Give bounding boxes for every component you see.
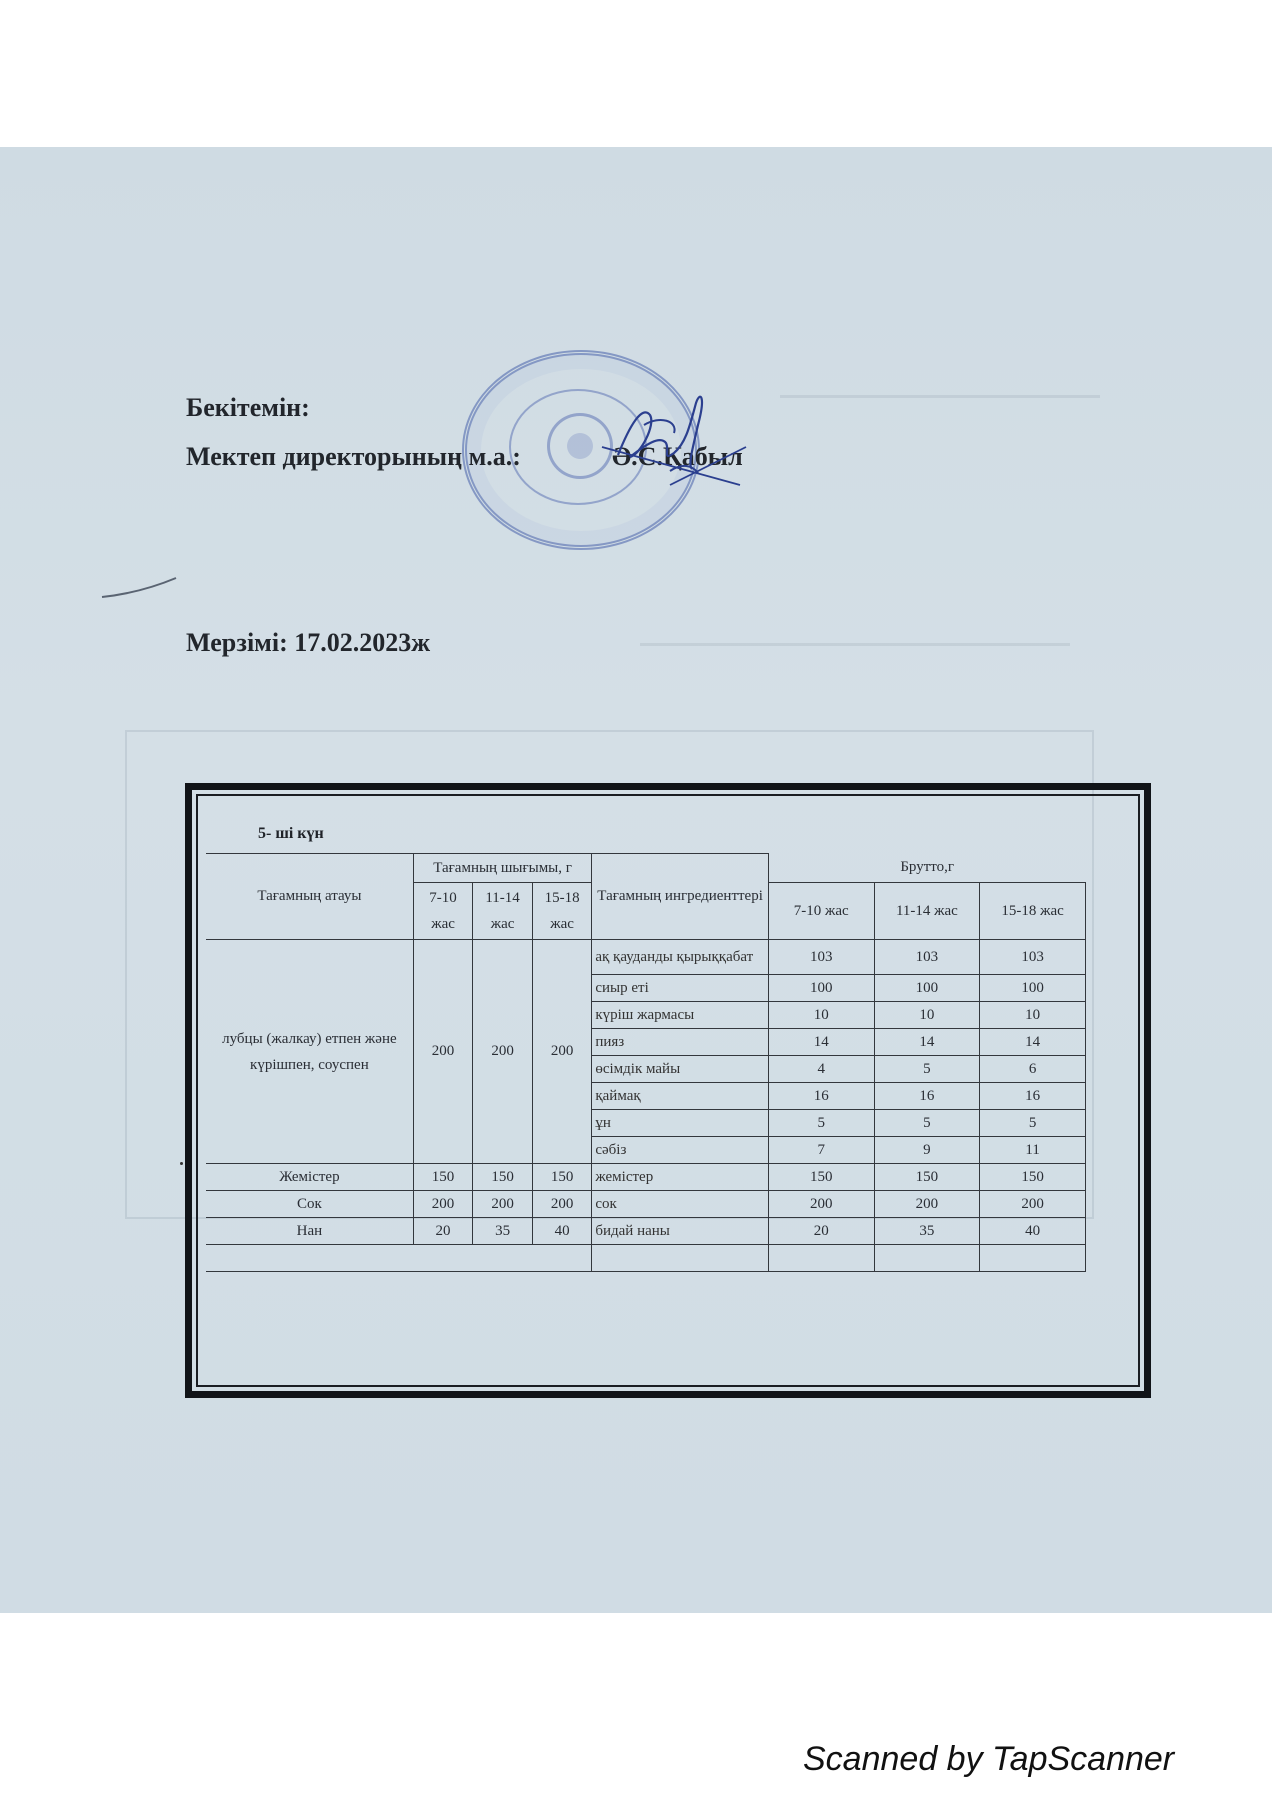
dish-output-cell: 200 [532, 1191, 592, 1218]
pen-mark-icon [100, 575, 180, 600]
empty-table-row [206, 1245, 1086, 1272]
dish-output-cell: 35 [473, 1218, 533, 1245]
header-brutto-age: 15-18 жас [980, 883, 1086, 940]
ingredient-name-cell: сок [592, 1191, 769, 1218]
bleed-through-line [780, 395, 1100, 398]
brutto-cell: 100 [980, 975, 1086, 1002]
header-brutto-age: 7-10 жас [768, 883, 874, 940]
brutto-cell: 103 [768, 940, 874, 975]
ingredient-name-cell: жемістер [592, 1164, 769, 1191]
approval-role: Мектеп директорының м.а.: [186, 442, 521, 471]
brutto-cell: 10 [980, 1002, 1086, 1029]
brutto-cell: 5 [768, 1110, 874, 1137]
date-line: Мерзімі: 17.02.2023ж [186, 628, 430, 658]
ingredient-name-cell: күріш жармасы [592, 1002, 769, 1029]
brutto-cell: 4 [768, 1056, 874, 1083]
brutto-cell: 14 [980, 1029, 1086, 1056]
dish-output-cell: 200 [473, 1191, 533, 1218]
scan-credit: Scanned by TapScanner [803, 1740, 1174, 1779]
dish-output-cell: 200 [532, 940, 592, 1164]
brutto-cell: 5 [874, 1110, 980, 1137]
ingredient-name-cell: бидай наны [592, 1218, 769, 1245]
dish-output-cell: 150 [413, 1164, 473, 1191]
ingredient-name-cell: пияз [592, 1029, 769, 1056]
dish-name-cell: лубцы (жалкау) етпен және күрішпен, соус… [206, 940, 413, 1164]
brutto-cell: 16 [874, 1083, 980, 1110]
brutto-cell: 14 [768, 1029, 874, 1056]
signature-icon [600, 385, 750, 495]
ingredient-name-cell: ақ қауданды қырыққабат [592, 940, 769, 975]
brutto-cell: 150 [874, 1164, 980, 1191]
header-brutto-group: Брутто,г [768, 854, 1085, 883]
brutto-cell: 150 [980, 1164, 1086, 1191]
ingredient-name-cell: ұн [592, 1110, 769, 1137]
scan-speck [180, 1162, 183, 1165]
brutto-cell: 10 [874, 1002, 980, 1029]
brutto-cell: 14 [874, 1029, 980, 1056]
brutto-cell: 16 [980, 1083, 1086, 1110]
dish-output-cell: 20 [413, 1218, 473, 1245]
dish-output-cell: 200 [473, 940, 533, 1164]
ingredient-name-cell: қаймақ [592, 1083, 769, 1110]
table-row: Нан203540бидай наны203540 [206, 1218, 1086, 1245]
brutto-cell: 5 [874, 1056, 980, 1083]
dish-output-cell: 200 [413, 940, 473, 1164]
brutto-cell: 5 [980, 1110, 1086, 1137]
brutto-cell: 200 [768, 1191, 874, 1218]
header-output-age: 7-10 жас [413, 883, 473, 940]
brutto-cell: 9 [874, 1137, 980, 1164]
brutto-cell: 200 [980, 1191, 1086, 1218]
ingredient-name-cell: сәбіз [592, 1137, 769, 1164]
brutto-cell: 10 [768, 1002, 874, 1029]
dish-output-cell: 150 [473, 1164, 533, 1191]
brutto-cell: 100 [768, 975, 874, 1002]
brutto-cell: 103 [980, 940, 1086, 975]
menu-table-body: лубцы (жалкау) етпен және күрішпен, соус… [206, 940, 1086, 1272]
day-label: 5- ші күн [258, 825, 324, 843]
table-row: лубцы (жалкау) етпен және күрішпен, соус… [206, 940, 1086, 975]
brutto-cell: 150 [768, 1164, 874, 1191]
brutto-cell: 7 [768, 1137, 874, 1164]
table-row: Жемістер150150150жемістер150150150 [206, 1164, 1086, 1191]
dish-output-cell: 150 [532, 1164, 592, 1191]
brutto-cell: 20 [768, 1218, 874, 1245]
dish-name-cell: Нан [206, 1218, 413, 1245]
header-output-group: Тағамның шығымы, г [413, 854, 592, 883]
ingredient-name-cell: өсімдік майы [592, 1056, 769, 1083]
dish-name-cell: Жемістер [206, 1164, 413, 1191]
dish-name-cell: Сок [206, 1191, 413, 1218]
table-row: Сок200200200сок200200200 [206, 1191, 1086, 1218]
header-ingredients: Тағамның ингредиенттері [592, 854, 769, 940]
menu-table: Тағамның атауы Тағамның шығымы, г Тағамн… [206, 853, 1086, 1272]
table-header-row: Тағамның атауы Тағамның шығымы, г Тағамн… [206, 854, 1086, 883]
dish-output-cell: 40 [532, 1218, 592, 1245]
brutto-cell: 40 [980, 1218, 1086, 1245]
brutto-cell: 200 [874, 1191, 980, 1218]
brutto-cell: 6 [980, 1056, 1086, 1083]
brutto-cell: 11 [980, 1137, 1086, 1164]
header-output-age: 15-18 жас [532, 883, 592, 940]
brutto-cell: 35 [874, 1218, 980, 1245]
brutto-cell: 100 [874, 975, 980, 1002]
header-brutto-age: 11-14 жас [874, 883, 980, 940]
dish-output-cell: 200 [413, 1191, 473, 1218]
ingredient-name-cell: сиыр еті [592, 975, 769, 1002]
header-output-age: 11-14 жас [473, 883, 533, 940]
brutto-cell: 103 [874, 940, 980, 975]
header-dish-name: Тағамның атауы [206, 854, 413, 940]
bleed-through-line [640, 643, 1070, 646]
brutto-cell: 16 [768, 1083, 874, 1110]
